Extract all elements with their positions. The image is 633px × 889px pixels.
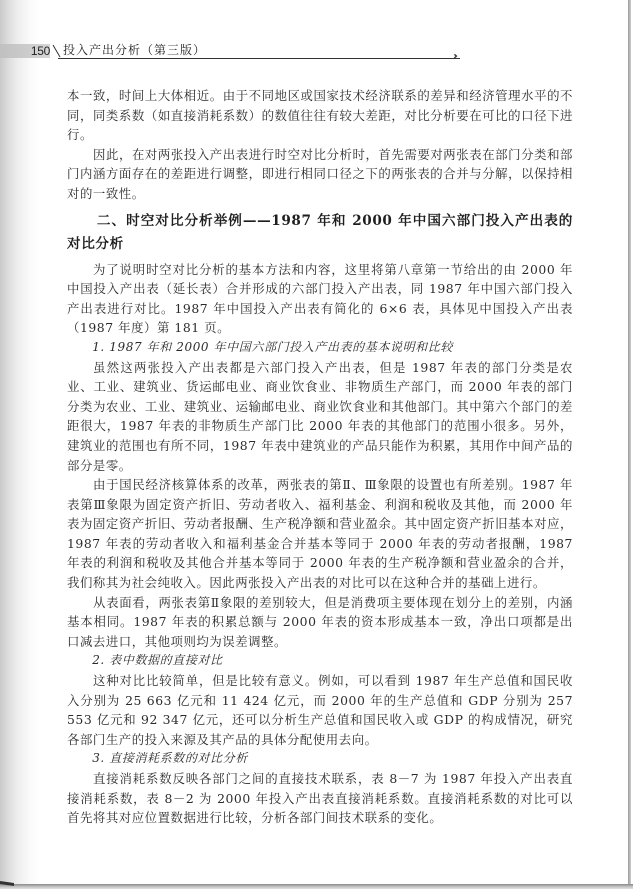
paragraph: 直接消耗系数反映各部门之间的直接技术联系，表 8－7 为 1987 年投入产出表… <box>67 769 573 828</box>
paragraph: 从表面看，两张表第Ⅱ象限的差别较大，但是消费项主要体现在划分上的差别，内涵基本相… <box>67 593 573 652</box>
paragraph: 虽然这两张投入产出表都是六部门投入产出表，但是 1987 年表的部门分类是农业、… <box>67 358 573 476</box>
double-chevron-icon: ›› <box>453 52 455 62</box>
section-heading: 二、时空对比分析举例——1987 年和 2000 年中国六部门投入产出表的对比分… <box>67 210 573 256</box>
header-rule <box>58 58 460 59</box>
paragraph: 本一致，时间上大体相近。由于不同地区或国家技术经济联系的差异和经济管理水平的不同… <box>67 86 573 145</box>
sub-heading: 1. 1987 年和 2000 年中国六部门投入产出表的基本说明和比较 <box>67 338 573 358</box>
page-right-edge <box>628 0 631 884</box>
page-content: 本一致，时间上大体相近。由于不同地区或国家技术经济联系的差异和经济管理水平的不同… <box>67 86 573 828</box>
sub-heading: 2. 表中数据的直接对比 <box>67 651 573 671</box>
paragraph: 为了说明时空对比分析的基本方法和内容，这里将第八章第一节给出的由 2000 年中… <box>67 260 573 338</box>
paragraph: 由于国民经济核算体系的改革，两张表的第Ⅱ、Ⅲ象限的设置也有所差别。1987 年表… <box>67 475 573 593</box>
paragraph: 因此，在对两张投入产出表进行时空对比分析时，首先需要对两张表在部门分类和部门内涵… <box>67 145 573 204</box>
sub-heading: 3. 直接消耗系数的对比分析 <box>67 749 573 769</box>
paragraph: 这种对比比较简单，但是比较有意义。例如，可以看到 1987 年生产总值和国民收入… <box>67 671 573 749</box>
header-slash-icon <box>52 44 62 58</box>
book-page: 150 投入产出分析（第三版） ›› 本一致，时间上大体相近。由于不同地区或国家… <box>0 0 633 889</box>
page-number: 150 <box>28 44 50 58</box>
page-bottom-edge <box>0 884 633 889</box>
running-header-title: 投入产出分析（第三版） <box>63 43 206 58</box>
